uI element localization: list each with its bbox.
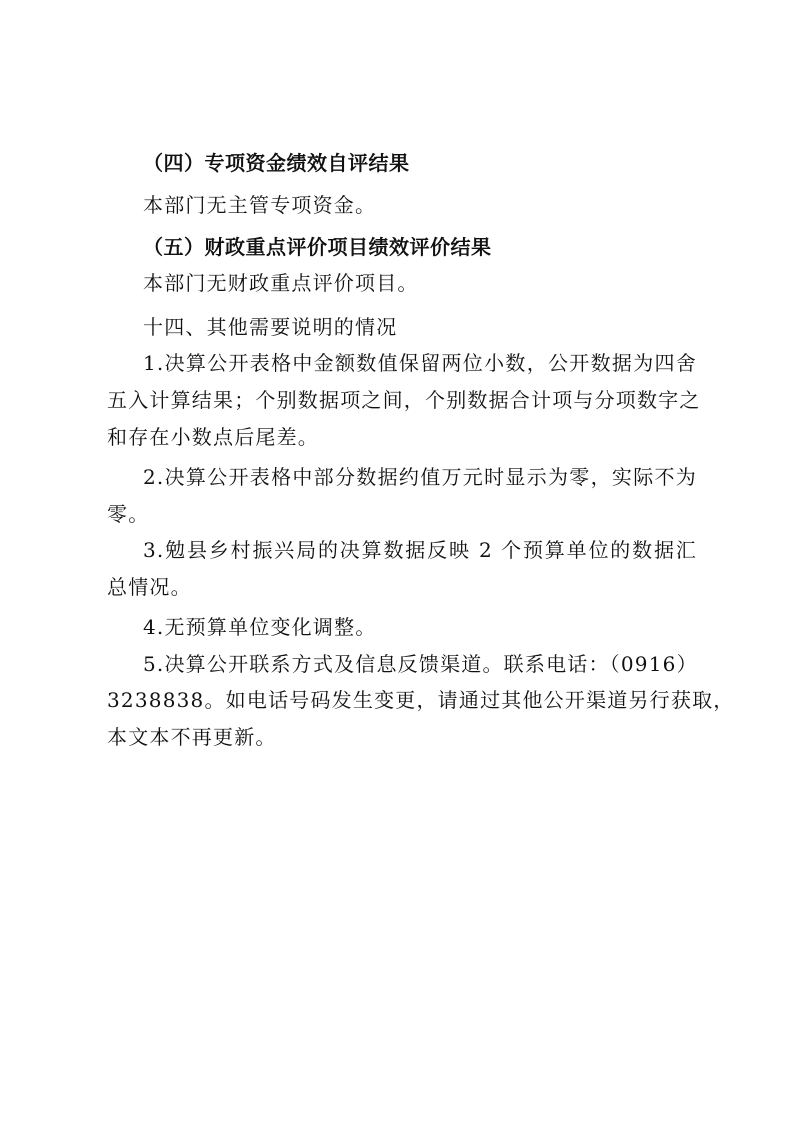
note-5-line-1: 5.决算公开联系方式及信息反馈渠道。联系电话：（0916） [143, 651, 697, 677]
note-2-line-1: 2.决算公开表格中部分数据约值万元时显示为零，实际不为 [143, 464, 697, 490]
note-4-line-1: 4.无预算单位变化调整。 [143, 614, 733, 640]
other-matters-heading: 十四、其他需要说明的情况 [143, 314, 733, 340]
note-3-line-2: 总情况。 [107, 574, 697, 600]
section-heading-special-funds: （四）专项资金绩效自评结果 [143, 150, 733, 176]
note-5-line-2: 3238838。如电话号码发生变更，请通过其他公开渠道另行获取， [107, 687, 697, 713]
section-body-key-evaluation: 本部门无财政重点评价项目。 [143, 270, 733, 296]
section-heading-key-evaluation: （五）财政重点评价项目绩效评价结果 [143, 234, 733, 260]
note-5-line-3: 本文本不再更新。 [107, 724, 697, 750]
note-3-line-1: 3.勉县乡村振兴局的决算数据反映 2 个预算单位的数据汇 [143, 537, 697, 563]
note-2-line-2: 零。 [107, 501, 697, 527]
section-body-special-funds: 本部门无主管专项资金。 [143, 192, 733, 218]
document-page: （四）专项资金绩效自评结果 本部门无主管专项资金。 （五）财政重点评价项目绩效评… [0, 0, 793, 1122]
note-1-line-3: 和存在小数点后尾差。 [107, 424, 697, 450]
note-1-line-2: 五入计算结果；个别数据项之间，个别数据合计项与分项数字之 [107, 387, 697, 413]
note-1-line-1: 1.决算公开表格中金额数值保留两位小数，公开数据为四舍 [143, 350, 697, 376]
